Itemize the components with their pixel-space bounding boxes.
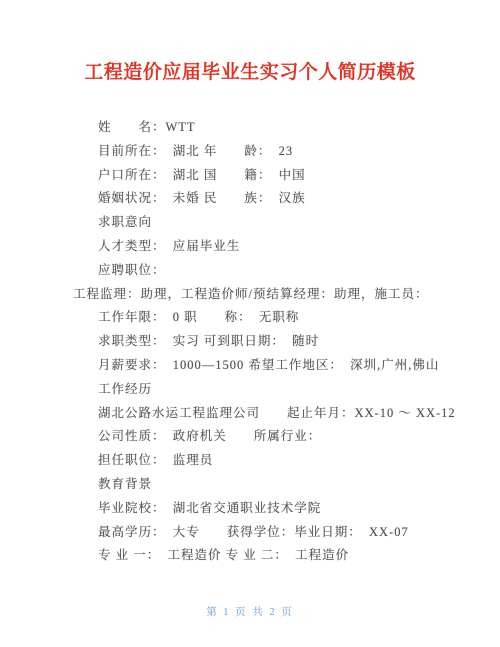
text-line: 教育背景: [73, 473, 500, 497]
text-line: 人才类型： 应届毕业生: [73, 235, 500, 259]
text-line: 工作年限： 0 职 称： 无职称: [73, 306, 500, 330]
text-line: 求职类型： 实习 可到职日期： 随时: [73, 330, 500, 354]
document-title: 工程造价应届毕业生实习个人简历模板: [0, 57, 500, 84]
text-line: 工作经历: [73, 378, 500, 402]
document-body: 姓 名：WTT目前所在： 湖北 年 龄： 23户口所在： 湖北 国 籍： 中国婚…: [73, 116, 500, 568]
text-line: 姓 名：WTT: [73, 116, 500, 140]
text-line: 担任职位： 监理员: [73, 449, 500, 473]
page-number-text: 第 1 页 共 2 页: [206, 607, 294, 618]
page-footer: 第 1 页 共 2 页: [0, 604, 500, 619]
text-line: 月薪要求： 1000—1500 希望工作地区： 深圳,广州,佛山: [73, 354, 500, 378]
text-line: 应聘职位：: [73, 259, 500, 283]
text-line: 湖北公路水运工程监理公司 起止年月：XX-10 ～ XX-12: [73, 402, 500, 426]
text-line: 目前所在： 湖北 年 龄： 23: [73, 140, 500, 164]
text-line: 公司性质： 政府机关 所属行业：: [73, 425, 500, 449]
text-line: 最高学历： 大专 获得学位：毕业日期： XX-07: [73, 521, 500, 545]
text-line: 婚姻状况： 未婚 民 族： 汉族: [73, 187, 500, 211]
text-line: 毕业院校： 湖北省交通职业技术学院: [73, 497, 500, 521]
text-line: 求职意向: [73, 211, 500, 235]
text-line: 专 业 一： 工程造价 专 业 二： 工程造价: [73, 544, 500, 568]
text-line: 工程监理：助理，工程造价师/预结算经理：助理，施工员：: [73, 283, 500, 307]
text-line: 户口所在： 湖北 国 籍： 中国: [73, 164, 500, 188]
document-page: 工程造价应届毕业生实习个人简历模板 姓 名：WTT目前所在： 湖北 年 龄： 2…: [0, 0, 500, 647]
